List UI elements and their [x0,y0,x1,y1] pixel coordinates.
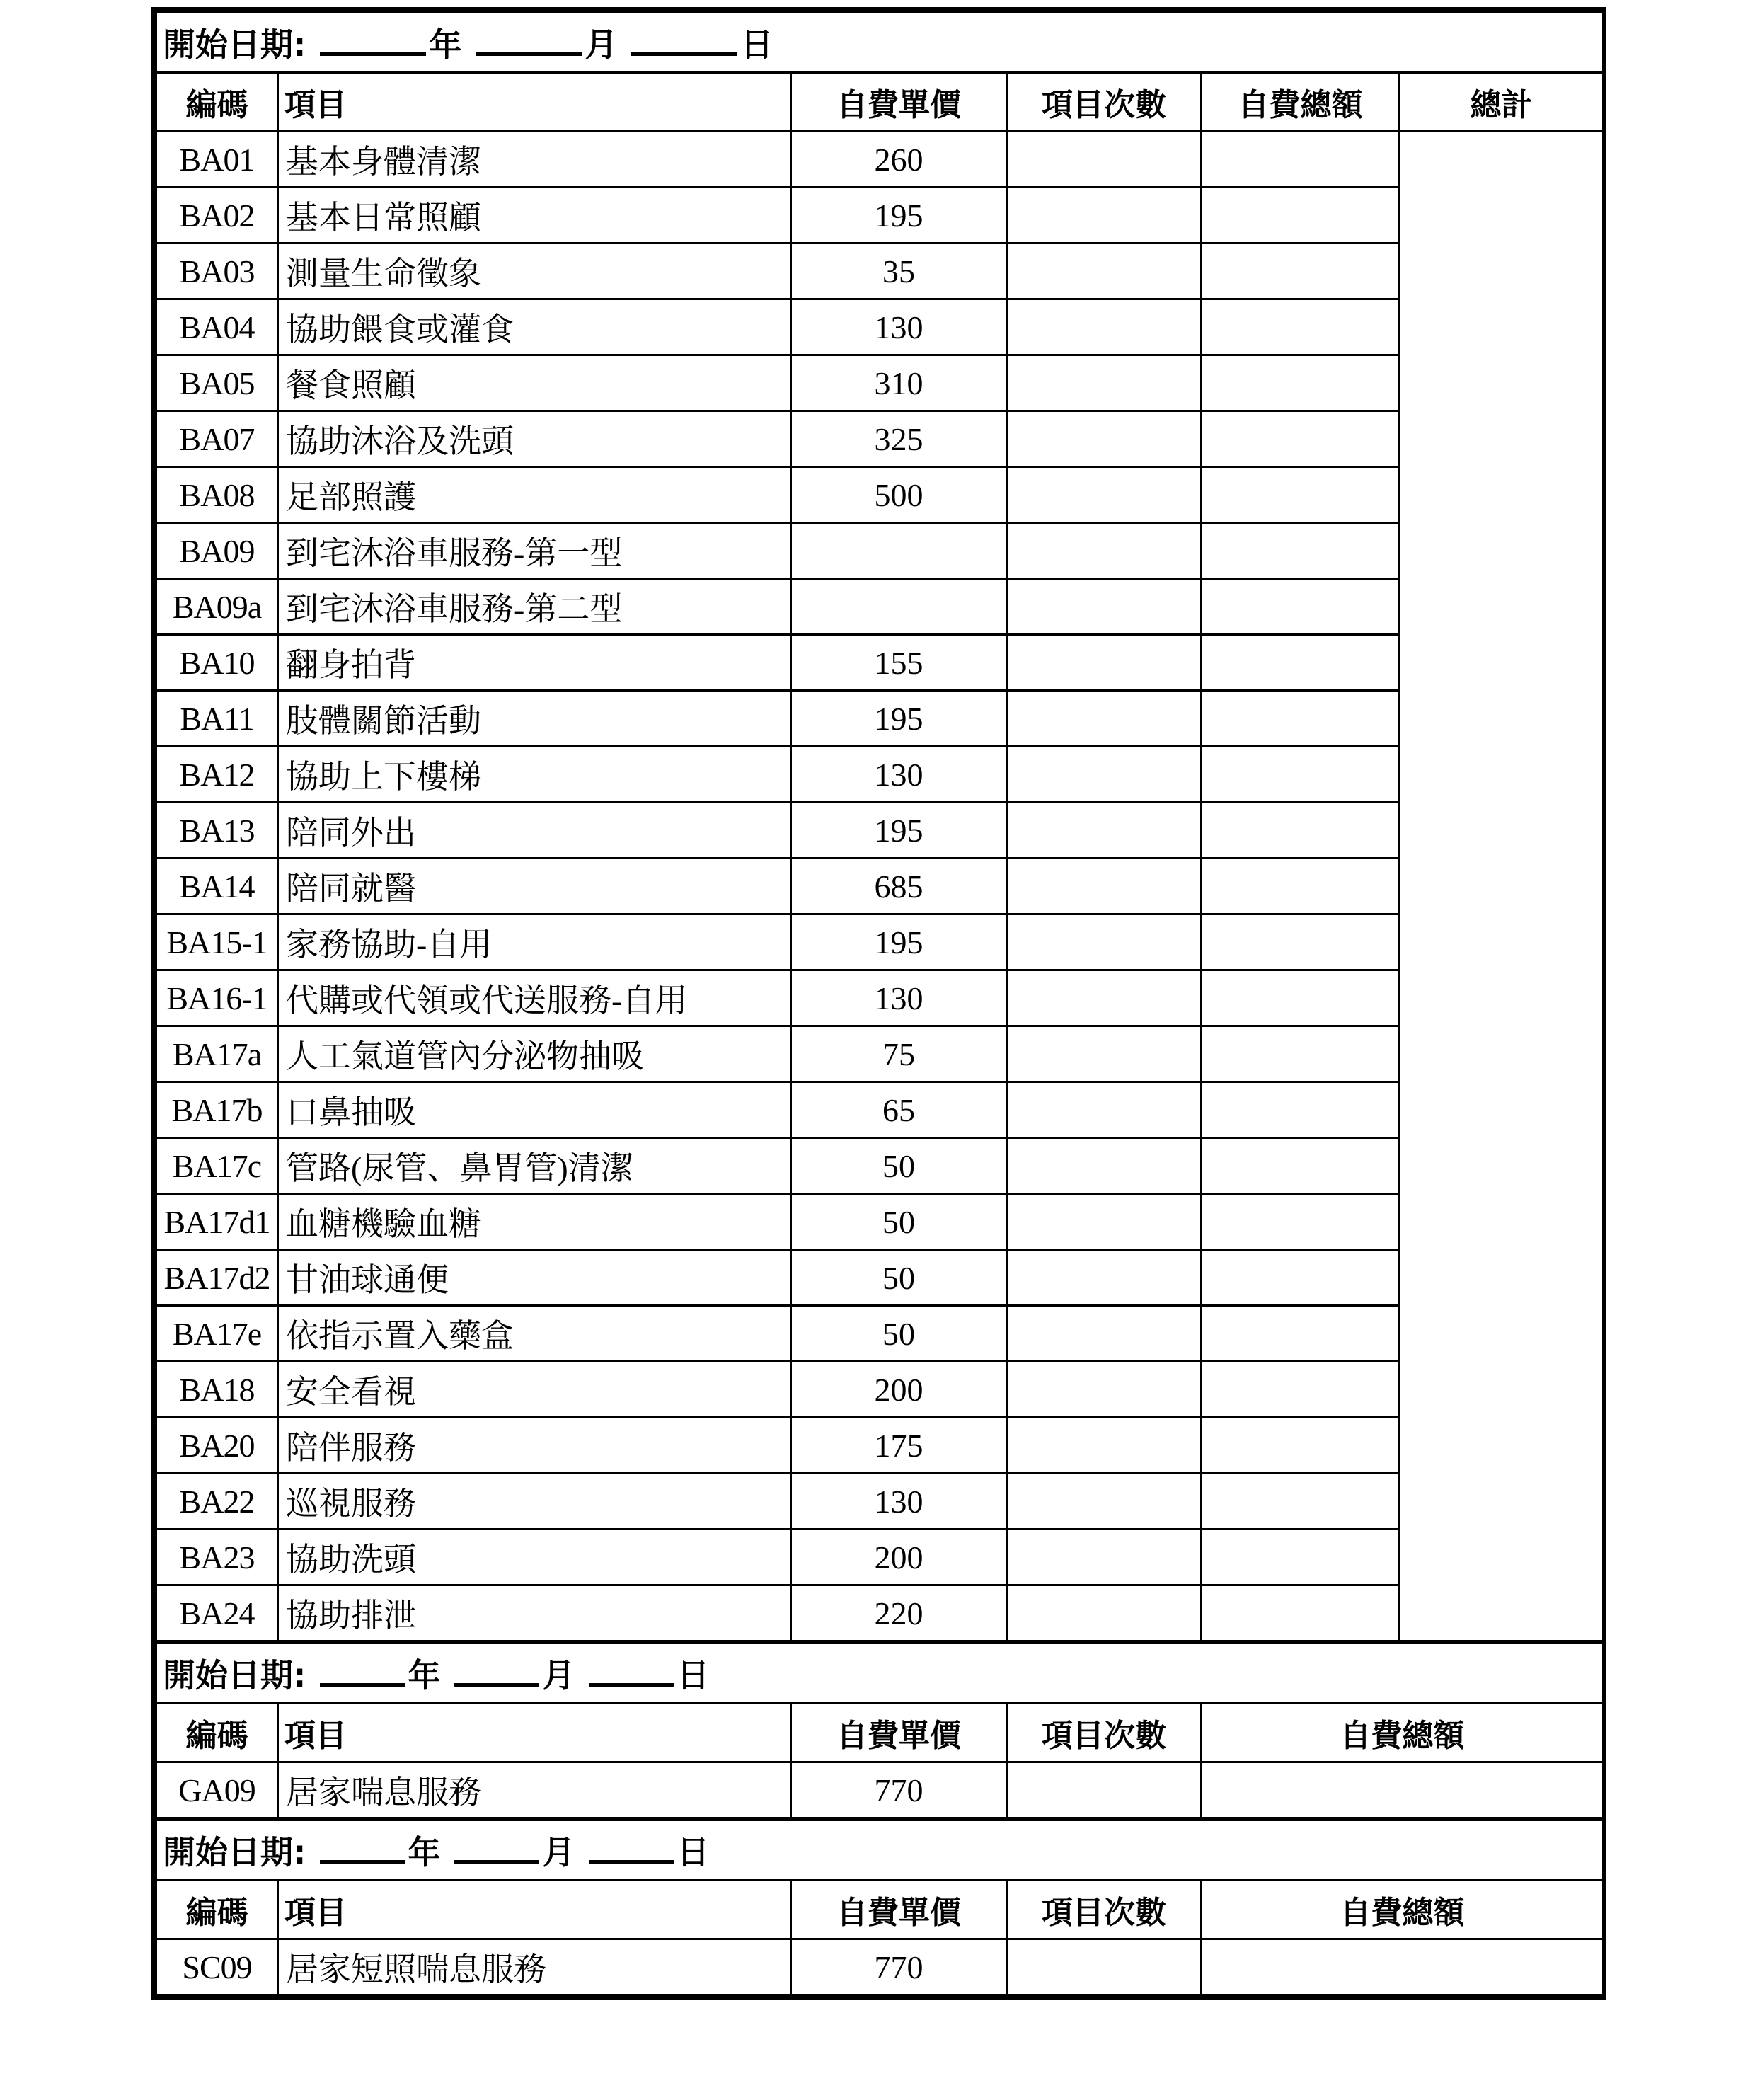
self-pay-form: 開始日期: 年 月 日 編碼 項目 自費單價 項目次數 自費總額 總計 BA01… [151,7,1606,2000]
code-cell: BA14 [156,859,278,914]
table-row: BA17a人工氣道管內分泌物抽吸75 [156,1026,1604,1082]
subtotal-input-cell[interactable] [1202,1306,1400,1362]
table-row: BA11肢體關節活動195 [156,691,1604,747]
table-row: BA08足部照護500 [156,467,1604,523]
table-row: BA02基本日常照顧195 [156,188,1604,243]
header-code: 編碼 [156,1704,278,1762]
table-row: BA07協助沐浴及洗頭325 [156,411,1604,467]
section1-rows: BA01基本身體清潔260BA02基本日常照顧195BA03測量生命徵象35BA… [156,132,1604,1643]
year-blank[interactable] [320,24,426,56]
header-subtotal: 自費總額 [1202,73,1400,132]
section1-date-row: 開始日期: 年 月 日 [156,13,1604,73]
unit-price-cell: 155 [791,635,1007,691]
unit-price-cell: 200 [791,1530,1007,1585]
table-row: BA15-1家務協助-自用195 [156,914,1604,970]
subtotal-input-cell[interactable] [1202,523,1400,579]
item-cell: 家務協助-自用 [278,914,791,970]
item-cell: 陪伴服務 [278,1418,791,1474]
code-cell: BA11 [156,691,278,747]
unit-price-cell: 130 [791,970,1007,1026]
subtotal-input-cell[interactable] [1202,411,1400,467]
count-input-cell[interactable] [1007,1474,1202,1530]
year-label: 年 [408,1833,440,1871]
unit-price-cell: 50 [791,1194,1007,1250]
section1-header-row: 編碼 項目 自費單價 項目次數 自費總額 總計 [156,73,1604,132]
subtotal-input-cell[interactable] [1202,132,1400,188]
table-row: SC09 居家短照喘息服務 770 [156,1939,1604,1995]
count-input-cell[interactable] [1007,859,1202,914]
table-row: BA17d2甘油球通便50 [156,1250,1604,1306]
table-row: BA05餐食照顧310 [156,355,1604,411]
unit-price-cell: 175 [791,1418,1007,1474]
code-cell: BA17a [156,1026,278,1082]
unit-price-cell: 50 [791,1250,1007,1306]
unit-price-cell: 310 [791,355,1007,411]
code-cell: BA02 [156,188,278,243]
item-cell: 安全看視 [278,1362,791,1418]
count-input-cell[interactable] [1007,188,1202,243]
month-label: 月 [542,1833,575,1871]
count-input-cell[interactable] [1007,1530,1202,1585]
table-row: GA09 居家喘息服務 770 [156,1762,1604,1820]
item-cell: 巡視服務 [278,1474,791,1530]
unit-price-cell [791,523,1007,579]
code-cell: BA01 [156,132,278,188]
unit-price-cell: 130 [791,747,1007,803]
header-code: 編碼 [156,1881,278,1939]
header-subtotal: 自費總額 [1202,1704,1604,1762]
code-cell: BA17d2 [156,1250,278,1306]
code-cell: BA16-1 [156,970,278,1026]
table-row: BA22巡視服務130 [156,1474,1604,1530]
table-row: BA14陪同就醫685 [156,859,1604,914]
code-cell: BA20 [156,1418,278,1474]
code-cell: BA13 [156,803,278,859]
code-cell: BA18 [156,1362,278,1418]
subtotal-input-cell[interactable] [1202,1026,1400,1082]
item-cell: 到宅沐浴車服務-第一型 [278,523,791,579]
item-cell: 居家喘息服務 [278,1762,791,1820]
item-cell: 人工氣道管內分泌物抽吸 [278,1026,791,1082]
start-date-field: 開始日期: 年 月 日 [156,1819,1604,1881]
subtotal-input-cell[interactable] [1202,803,1400,859]
item-cell: 血糖機驗血糖 [278,1194,791,1250]
header-code: 編碼 [156,73,278,132]
table-row: BA17b口鼻抽吸65 [156,1082,1604,1138]
code-cell: BA23 [156,1530,278,1585]
month-blank[interactable] [454,1832,539,1864]
year-label: 年 [429,25,461,64]
count-input-cell[interactable] [1007,914,1202,970]
item-cell: 基本日常照顧 [278,188,791,243]
section2-header-row: 編碼 項目 自費單價 項目次數 自費總額 [156,1704,1604,1762]
day-blank[interactable] [589,1832,674,1864]
header-subtotal: 自費總額 [1202,1881,1604,1939]
table-row: BA24協助排泄220 [156,1585,1604,1643]
code-cell: BA04 [156,299,278,355]
item-cell: 協助洗頭 [278,1530,791,1585]
count-input-cell[interactable] [1007,1194,1202,1250]
month-label: 月 [542,1656,575,1694]
item-cell: 管路(尿管、鼻胃管)清潔 [278,1138,791,1194]
subtotal-input-cell[interactable] [1202,1418,1400,1474]
code-cell: BA05 [156,355,278,411]
day-blank[interactable] [631,24,737,56]
code-cell: GA09 [156,1762,278,1820]
count-input-cell[interactable] [1007,1082,1202,1138]
code-cell: BA15-1 [156,914,278,970]
code-cell: BA03 [156,243,278,299]
day-blank[interactable] [589,1655,674,1687]
year-blank[interactable] [320,1655,405,1687]
code-cell: SC09 [156,1939,278,1995]
month-label: 月 [585,25,617,64]
code-cell: BA09 [156,523,278,579]
count-input-cell[interactable] [1007,1306,1202,1362]
item-cell: 協助上下樓梯 [278,747,791,803]
item-cell: 基本身體清潔 [278,132,791,188]
subtotal-input-cell[interactable] [1202,970,1400,1026]
form-table: 開始日期: 年 月 日 編碼 項目 自費單價 項目次數 自費總額 總計 BA01… [155,11,1604,1996]
unit-price-cell: 195 [791,803,1007,859]
subtotal-input-cell[interactable] [1202,355,1400,411]
month-blank[interactable] [454,1655,539,1687]
header-item: 項目 [278,1704,791,1762]
table-row: BA12協助上下樓梯130 [156,747,1604,803]
item-cell: 依指示置入藥盒 [278,1306,791,1362]
table-row: BA17d1血糖機驗血糖50 [156,1194,1604,1250]
unit-price-cell: 35 [791,243,1007,299]
item-cell: 餐食照顧 [278,355,791,411]
header-item: 項目 [278,73,791,132]
item-cell: 足部照護 [278,467,791,523]
count-input-cell[interactable] [1007,411,1202,467]
count-input-cell[interactable] [1007,1138,1202,1194]
item-cell: 陪同就醫 [278,859,791,914]
subtotal-input-cell[interactable] [1202,1250,1400,1306]
grand-total-cell[interactable] [1400,132,1604,1643]
item-cell: 到宅沐浴車服務-第二型 [278,579,791,635]
unit-price-cell: 195 [791,188,1007,243]
code-cell: BA09a [156,579,278,635]
year-blank[interactable] [320,1832,405,1864]
count-input-cell[interactable] [1007,1762,1202,1820]
unit-price-cell: 770 [791,1939,1007,1995]
table-row: BA09a到宅沐浴車服務-第二型 [156,579,1604,635]
section3-header-row: 編碼 項目 自費單價 項目次數 自費總額 [156,1881,1604,1939]
subtotal-input-cell[interactable] [1202,1138,1400,1194]
year-label: 年 [408,1656,440,1694]
subtotal-input-cell[interactable] [1202,1474,1400,1530]
item-cell: 甘油球通便 [278,1250,791,1306]
start-date-label: 開始日期: [163,25,306,64]
subtotal-input-cell[interactable] [1202,188,1400,243]
subtotal-input-cell[interactable] [1202,243,1400,299]
day-label: 日 [677,1656,709,1694]
unit-price-cell: 500 [791,467,1007,523]
table-row: BA17c管路(尿管、鼻胃管)清潔50 [156,1138,1604,1194]
start-date-label: 開始日期: [163,1656,306,1694]
count-input-cell[interactable] [1007,1939,1202,1995]
subtotal-input-cell[interactable] [1202,914,1400,970]
code-cell: BA08 [156,467,278,523]
table-row: BA20陪伴服務175 [156,1418,1604,1474]
code-cell: BA12 [156,747,278,803]
unit-price-cell: 130 [791,1474,1007,1530]
header-item: 項目 [278,1881,791,1939]
table-row: BA09到宅沐浴車服務-第一型 [156,523,1604,579]
subtotal-input-cell[interactable] [1202,299,1400,355]
day-label: 日 [740,25,773,64]
subtotal-input-cell[interactable] [1202,1939,1604,1995]
table-row: BA10翻身拍背155 [156,635,1604,691]
subtotal-input-cell[interactable] [1202,859,1400,914]
subtotal-input-cell[interactable] [1202,747,1400,803]
header-count: 項目次數 [1007,1704,1202,1762]
table-row: BA16-1代購或代領或代送服務-自用130 [156,970,1604,1026]
item-cell: 肢體關節活動 [278,691,791,747]
table-row: BA04協助餵食或灌食130 [156,299,1604,355]
header-unit-price: 自費單價 [791,73,1007,132]
day-label: 日 [677,1833,709,1871]
unit-price-cell: 130 [791,299,1007,355]
header-unit-price: 自費單價 [791,1881,1007,1939]
item-cell: 口鼻抽吸 [278,1082,791,1138]
subtotal-input-cell[interactable] [1202,635,1400,691]
subtotal-input-cell[interactable] [1202,467,1400,523]
header-count: 項目次數 [1007,73,1202,132]
count-input-cell[interactable] [1007,467,1202,523]
table-row: BA03測量生命徵象35 [156,243,1604,299]
code-cell: BA17c [156,1138,278,1194]
header-count: 項目次數 [1007,1881,1202,1939]
month-blank[interactable] [476,24,582,56]
count-input-cell[interactable] [1007,132,1202,188]
start-date-label: 開始日期: [163,1833,306,1871]
count-input-cell[interactable] [1007,579,1202,635]
item-cell: 代購或代領或代送服務-自用 [278,970,791,1026]
start-date-field: 開始日期: 年 月 日 [156,13,1604,73]
item-cell: 陪同外出 [278,803,791,859]
unit-price-cell: 260 [791,132,1007,188]
unit-price-cell: 50 [791,1138,1007,1194]
section3-date-row: 開始日期: 年 月 日 [156,1819,1604,1881]
count-input-cell[interactable] [1007,803,1202,859]
item-cell: 協助沐浴及洗頭 [278,411,791,467]
subtotal-input-cell[interactable] [1202,1585,1400,1643]
subtotal-input-cell[interactable] [1202,1082,1400,1138]
unit-price-cell: 195 [791,691,1007,747]
unit-price-cell: 685 [791,859,1007,914]
table-row: BA18安全看視200 [156,1362,1604,1418]
unit-price-cell: 65 [791,1082,1007,1138]
unit-price-cell: 50 [791,1306,1007,1362]
count-input-cell[interactable] [1007,970,1202,1026]
table-row: BA13陪同外出195 [156,803,1604,859]
header-unit-price: 自費單價 [791,1704,1007,1762]
subtotal-input-cell[interactable] [1202,1530,1400,1585]
item-cell: 翻身拍背 [278,635,791,691]
subtotal-input-cell[interactable] [1202,1762,1604,1820]
count-input-cell[interactable] [1007,635,1202,691]
start-date-field: 開始日期: 年 月 日 [156,1642,1604,1704]
count-input-cell[interactable] [1007,299,1202,355]
subtotal-input-cell[interactable] [1202,1362,1400,1418]
unit-price-cell: 770 [791,1762,1007,1820]
unit-price-cell [791,579,1007,635]
table-row: BA17e依指示置入藥盒50 [156,1306,1604,1362]
unit-price-cell: 200 [791,1362,1007,1418]
table-row: BA23協助洗頭200 [156,1530,1604,1585]
code-cell: BA17d1 [156,1194,278,1250]
subtotal-input-cell[interactable] [1202,1194,1400,1250]
unit-price-cell: 75 [791,1026,1007,1082]
count-input-cell[interactable] [1007,1250,1202,1306]
unit-price-cell: 220 [791,1585,1007,1643]
section2-date-row: 開始日期: 年 月 日 [156,1642,1604,1704]
unit-price-cell: 195 [791,914,1007,970]
item-cell: 協助餵食或灌食 [278,299,791,355]
count-input-cell[interactable] [1007,523,1202,579]
count-input-cell[interactable] [1007,691,1202,747]
table-row: BA01基本身體清潔260 [156,132,1604,188]
item-cell: 居家短照喘息服務 [278,1939,791,1995]
count-input-cell[interactable] [1007,1418,1202,1474]
code-cell: BA10 [156,635,278,691]
code-cell: BA22 [156,1474,278,1530]
count-input-cell[interactable] [1007,243,1202,299]
count-input-cell[interactable] [1007,355,1202,411]
item-cell: 協助排泄 [278,1585,791,1643]
subtotal-input-cell[interactable] [1202,579,1400,635]
code-cell: BA24 [156,1585,278,1643]
subtotal-input-cell[interactable] [1202,691,1400,747]
count-input-cell[interactable] [1007,1585,1202,1643]
unit-price-cell: 325 [791,411,1007,467]
header-total: 總計 [1400,73,1604,132]
count-input-cell[interactable] [1007,1362,1202,1418]
item-cell: 測量生命徵象 [278,243,791,299]
count-input-cell[interactable] [1007,747,1202,803]
code-cell: BA17b [156,1082,278,1138]
code-cell: BA17e [156,1306,278,1362]
code-cell: BA07 [156,411,278,467]
count-input-cell[interactable] [1007,1026,1202,1082]
